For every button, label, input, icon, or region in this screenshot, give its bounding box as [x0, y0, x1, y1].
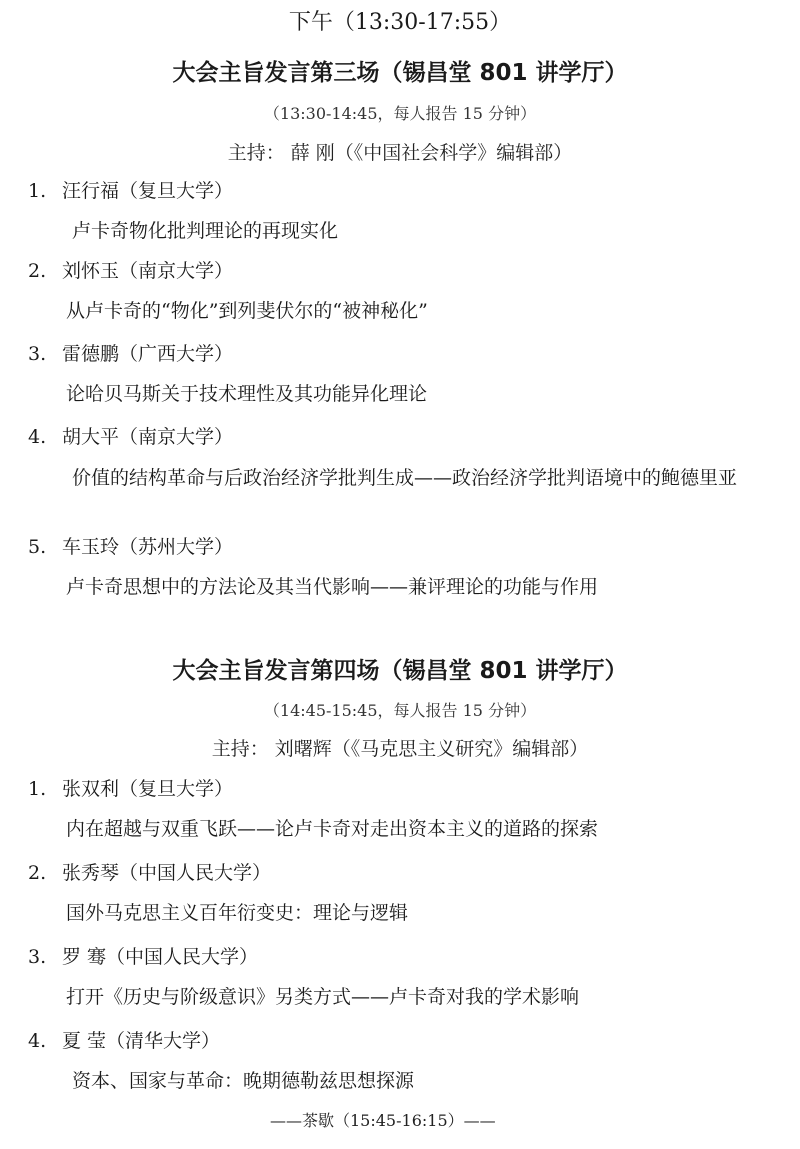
item-number: 5.: [28, 538, 62, 557]
session-host: 主持： 薛 刚（《中国社会科学》编辑部）: [0, 144, 800, 163]
talk-title: 论哈贝马斯关于技术理性及其功能异化理论: [66, 385, 427, 404]
session-title: 大会主旨发言第三场（锡昌堂 801 讲学厅）: [0, 62, 800, 85]
talk-title: 从卢卡奇的“物化”到列斐伏尔的“被神秘化”: [66, 302, 428, 321]
speaker-row: 3.罗 骞（中国人民大学）: [28, 948, 258, 967]
talk-title: 卢卡奇物化批判理论的再现实化: [72, 222, 338, 241]
speaker-row: 1.张双利（复旦大学）: [28, 780, 233, 799]
session-time-note: （14:45-15:45，每人报告 15 分钟）: [0, 703, 800, 719]
speaker-row: 2.刘怀玉（南京大学）: [28, 262, 233, 281]
talk-title: 国外马克思主义百年衍变史：理论与逻辑: [66, 904, 408, 923]
speaker-name: 张双利（复旦大学）: [62, 778, 233, 800]
item-number: 1.: [28, 182, 62, 201]
speaker-row: 4.夏 莹（清华大学）: [28, 1032, 220, 1051]
speaker-row: 5.车玉玲（苏州大学）: [28, 538, 233, 557]
speaker-name: 胡大平（南京大学）: [62, 426, 233, 448]
speaker-name: 罗 骞（中国人民大学）: [62, 946, 258, 968]
speaker-row: 4.胡大平（南京大学）: [28, 428, 233, 447]
speaker-name: 汪行福（复旦大学）: [62, 180, 233, 202]
afternoon-heading: 下午（13:30-17:55）: [0, 12, 800, 34]
item-number: 4.: [28, 1032, 62, 1051]
session-host: 主持： 刘曙辉（《马克思主义研究》编辑部）: [0, 740, 800, 759]
session-time-note: （13:30-14:45，每人报告 15 分钟）: [0, 106, 800, 122]
item-number: 2.: [28, 262, 62, 281]
tea-break: ——茶歇（15:45-16:15）——: [270, 1113, 496, 1129]
item-number: 3.: [28, 948, 62, 967]
speaker-name: 夏 莹（清华大学）: [62, 1030, 220, 1052]
item-number: 2.: [28, 864, 62, 883]
talk-title: 打开《历史与阶级意识》另类方式——卢卡奇对我的学术影响: [66, 988, 579, 1007]
speaker-name: 张秀琴（中国人民大学）: [62, 862, 271, 884]
item-number: 4.: [28, 428, 62, 447]
speaker-name: 雷德鹏（广西大学）: [62, 343, 233, 365]
session-title: 大会主旨发言第四场（锡昌堂 801 讲学厅）: [0, 660, 800, 683]
talk-title: 卢卡奇思想中的方法论及其当代影响——兼评理论的功能与作用: [66, 578, 598, 597]
talk-title: 价值的结构革命与后政治经济学批判生成——政治经济学批判语境中的鲍德里亚: [28, 461, 773, 495]
item-number: 3.: [28, 345, 62, 364]
speaker-name: 刘怀玉（南京大学）: [62, 260, 233, 282]
item-number: 1.: [28, 780, 62, 799]
talk-title: 内在超越与双重飞跃——论卢卡奇对走出资本主义的道路的探索: [66, 820, 598, 839]
speaker-row: 3.雷德鹏（广西大学）: [28, 345, 233, 364]
speaker-row: 1.汪行福（复旦大学）: [28, 182, 233, 201]
talk-title: 资本、国家与革命：晚期德勒兹思想探源: [72, 1072, 414, 1091]
speaker-row: 2.张秀琴（中国人民大学）: [28, 864, 271, 883]
speaker-name: 车玉玲（苏州大学）: [62, 536, 233, 558]
